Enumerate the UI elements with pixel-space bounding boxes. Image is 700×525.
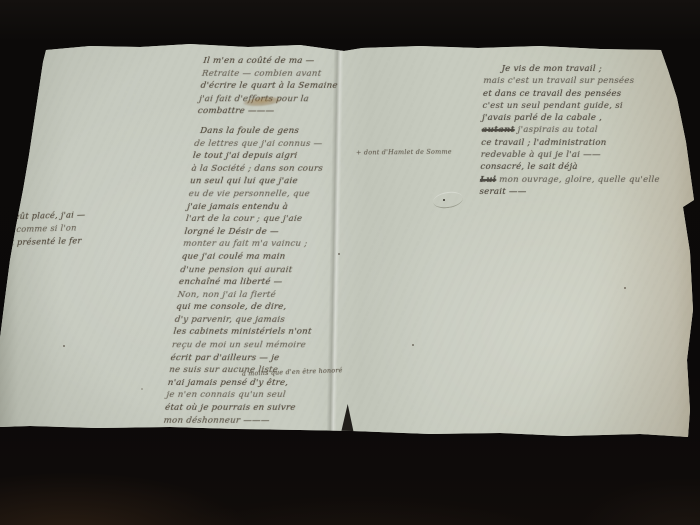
manuscript-line: les cabinets ministériels n'ont: [173, 326, 342, 339]
manuscript-line: Il m'en a coûté de ma —: [203, 55, 372, 68]
manuscript-line: Retraite — combien avant: [201, 68, 370, 81]
manuscript-line: lorgné le Désir de —: [184, 226, 353, 239]
manuscript-line: enchaîné ma liberté —: [178, 276, 347, 289]
paper-speck: [443, 199, 445, 201]
manuscript-line: un seul qui lui que j'aie: [189, 175, 358, 188]
manuscript-line: je n'en connais qu'un seul: [166, 389, 335, 402]
paper-speck: [141, 388, 143, 390]
manuscript-line: mon déshonneur ———: [163, 415, 332, 428]
manuscript-line: Non, non j'ai la fierté: [177, 289, 346, 302]
manuscript-line: le tout j'ai depuis aigri: [192, 150, 361, 163]
manuscript-line: d'y parvenir, que jamais: [174, 314, 343, 327]
photo-background: Il m'en a coûté de ma —Retraite — combie…: [0, 0, 700, 525]
manuscript-paper: Il m'en a coûté de ma —Retraite — combie…: [0, 0, 700, 525]
paper-speck: [412, 344, 414, 346]
manuscript-line: Je vis de mon travail ;: [484, 63, 689, 75]
left-page-margin-note: on m'eût placé, j'ai —coulé comme si l'o…: [0, 207, 126, 250]
manuscript-line: reçu de moi un seul mémoire: [171, 339, 340, 352]
manuscript-line: Lui mon ouvrage, gloire, quelle qu'elle: [480, 174, 685, 186]
manuscript-line: état où je pourrais en suivre: [164, 402, 333, 415]
manuscript-line: redevable à qui je l'ai ——: [481, 149, 686, 161]
manuscript-line: serait ——: [479, 186, 684, 198]
manuscript-line: combattre ———: [197, 105, 366, 118]
manuscript-line: j'ai fait d'efforts pour la: [198, 93, 367, 106]
manuscript-line: d'écrire le quart à la Semaine: [200, 80, 369, 93]
left-page-paragraph-1: Il m'en a coûté de ma —Retraite — combie…: [197, 55, 372, 118]
manuscript-line: mais c'est un travail sur pensées: [483, 75, 688, 87]
manuscript-line: n'ai jamais pensé d'y être,: [167, 377, 336, 390]
paper-speck: [624, 287, 626, 289]
manuscript-line: qui me console, de dire,: [175, 301, 344, 314]
manuscript-line: autant j'aspirais au total: [481, 124, 686, 136]
manuscript-line: eu de vie personnelle, que: [188, 188, 357, 201]
manuscript-line: que j'ai coulé ma main: [181, 251, 350, 264]
manuscript-line: ce travail ; l'administration: [481, 137, 686, 149]
manuscript-line: consacré, le sait déjà: [480, 161, 685, 173]
manuscript-line: écrit par d'ailleurs — je: [170, 352, 339, 365]
manuscript-line: de lettres que j'ai connus —: [193, 138, 362, 151]
paper-speck: [63, 345, 65, 347]
right-page-margin-note: + dont d'Hamlet de Somme: [356, 147, 476, 156]
manuscript-line: à la Société ; dans son cours: [191, 163, 360, 176]
manuscript-line: et dans ce travail des pensées: [483, 88, 688, 100]
right-page-text-block: Je vis de mon travail ;mais c'est un tra…: [479, 63, 689, 198]
manuscript-line: j'aie jamais entendu à: [187, 201, 356, 214]
manuscript-line: monter au fait m'a vaincu ;: [182, 238, 351, 251]
left-page-paragraph-2: Dans la foule de gensde lettres que j'ai…: [163, 125, 364, 427]
manuscript-line: l'art de la cour ; que j'aie: [185, 213, 354, 226]
manuscript-line: Dans la foule de gens: [195, 125, 364, 138]
manuscript-line: d'une pension qui aurait: [180, 264, 349, 277]
paper-crease-mark: [432, 190, 464, 210]
paper-speck: [338, 253, 340, 255]
fold-bottom-shadow: [340, 404, 354, 434]
manuscript-line: j'avais parlé de la cabale ,: [482, 112, 687, 124]
manuscript-line: c'est un seul pendant guide, si: [482, 100, 687, 112]
